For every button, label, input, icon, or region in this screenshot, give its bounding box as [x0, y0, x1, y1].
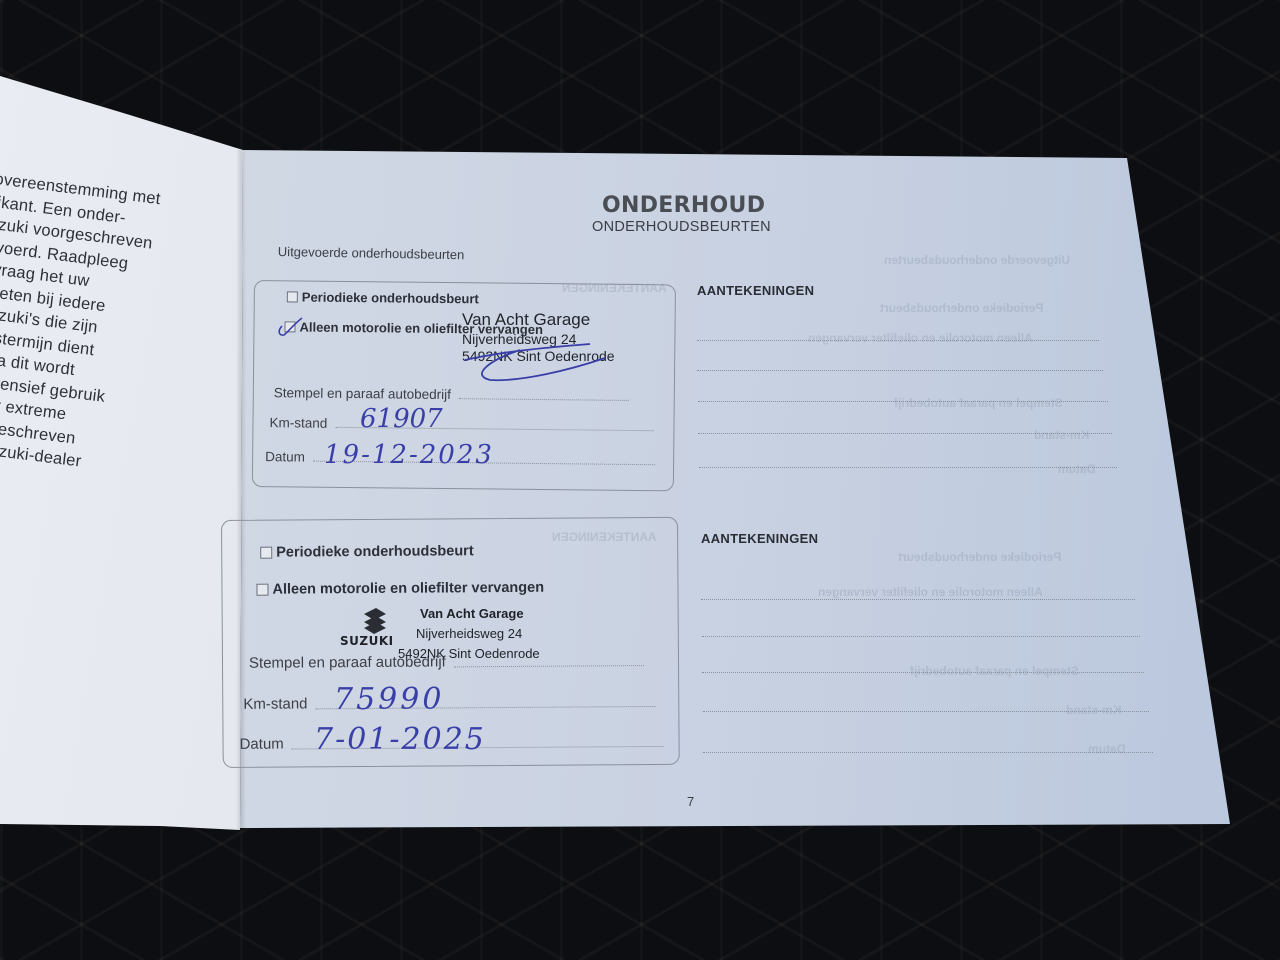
show-through-text: Alleen motorolie en oliefilter vervangen [818, 585, 1043, 599]
note-line[interactable] [703, 752, 1153, 753]
stamp-city: 5492NK Sint Oedenrode [398, 646, 540, 661]
option-label: Alleen motorolie en oliefilter vervangen [272, 580, 544, 598]
date-value-handwritten: 7-01-2025 [314, 722, 486, 757]
note-line[interactable] [701, 599, 1135, 600]
notes-title: AANTEKENINGEN [697, 283, 814, 298]
stamp-name: Van Acht Garage [420, 606, 524, 621]
date-value-handwritten: 19-12-2023 [324, 440, 494, 470]
page-number: 7 [687, 794, 694, 809]
note-line[interactable] [697, 340, 1099, 341]
note-line[interactable] [698, 433, 1112, 434]
checkbox-icon[interactable] [256, 584, 268, 596]
km-field[interactable]: Km-stand [243, 693, 655, 713]
option-label: Periodieke onderhoudsbeurt [302, 290, 479, 307]
show-through-text: Datum [1058, 462, 1095, 476]
checkmark-icon [276, 316, 306, 340]
note-line[interactable] [698, 401, 1108, 402]
show-through-text: Periodieke onderhoudsbeurt [880, 301, 1043, 315]
section-intro: Uitgevoerde onderhoudsbeurten [278, 244, 465, 262]
notes-section-2: AANTEKENINGEN [701, 531, 818, 546]
page-subtitle: ONDERHOUDSBEURTEN [592, 219, 771, 235]
show-through-text: Km-stand [1066, 703, 1121, 717]
field-label: Stempel en paraaf autobedrijf [274, 385, 451, 402]
dotted-line [459, 398, 629, 401]
show-through-text: Km-stand [1034, 428, 1089, 442]
page-title: ONDERHOUD [602, 193, 765, 218]
stamp-street: Nijverheidsweg 24 [416, 626, 522, 641]
notes-section-1: AANTEKENINGEN [697, 283, 814, 298]
note-line[interactable] [702, 636, 1140, 637]
checkbox-icon[interactable] [260, 547, 272, 559]
show-through-text: Stempel en paraaf autobedrijf [910, 664, 1079, 678]
dealer-stamp-2: SUZUKI Van Acht Garage Nijverheidsweg 24… [340, 606, 550, 666]
stamp-name: Van Acht Garage [462, 310, 615, 330]
option-label: Periodieke onderhoudsbeurt [276, 543, 474, 560]
option-oil-change[interactable]: Alleen motorolie en oliefilter vervangen [256, 580, 544, 598]
option-periodic[interactable]: Periodieke onderhoudsbeurt [287, 289, 479, 306]
show-through-text: Alleen motorolie en oliefilter vervangen [808, 331, 1033, 345]
note-line[interactable] [702, 672, 1144, 673]
show-through-text: Uitgevoerde onderhoudsbeurten [884, 253, 1070, 267]
show-through-text: Datum [1088, 742, 1125, 756]
field-label: Km-stand [269, 415, 327, 431]
checkbox-icon[interactable] [287, 291, 298, 302]
stamp-brand: SUZUKI [340, 634, 394, 648]
km-field[interactable]: Km-stand [269, 415, 653, 434]
suzuki-logo-icon [360, 608, 390, 634]
note-line[interactable] [699, 467, 1117, 468]
show-through-text: Stempel en paraaf autobedrijf [894, 396, 1063, 410]
note-line[interactable] [697, 370, 1103, 371]
signature-icon [460, 330, 620, 390]
notes-title: AANTEKENINGEN [701, 531, 818, 546]
km-value-handwritten: 61907 [360, 404, 443, 434]
field-label: Km-stand [243, 695, 307, 712]
note-line[interactable] [703, 711, 1149, 712]
option-periodic[interactable]: Periodieke onderhoudsbeurt [260, 543, 474, 560]
field-label: Datum [240, 736, 284, 753]
show-through-text: Periodieke onderhoudsbeurt [898, 550, 1061, 564]
km-value-handwritten: 75990 [334, 682, 444, 717]
field-label: Datum [265, 449, 305, 464]
